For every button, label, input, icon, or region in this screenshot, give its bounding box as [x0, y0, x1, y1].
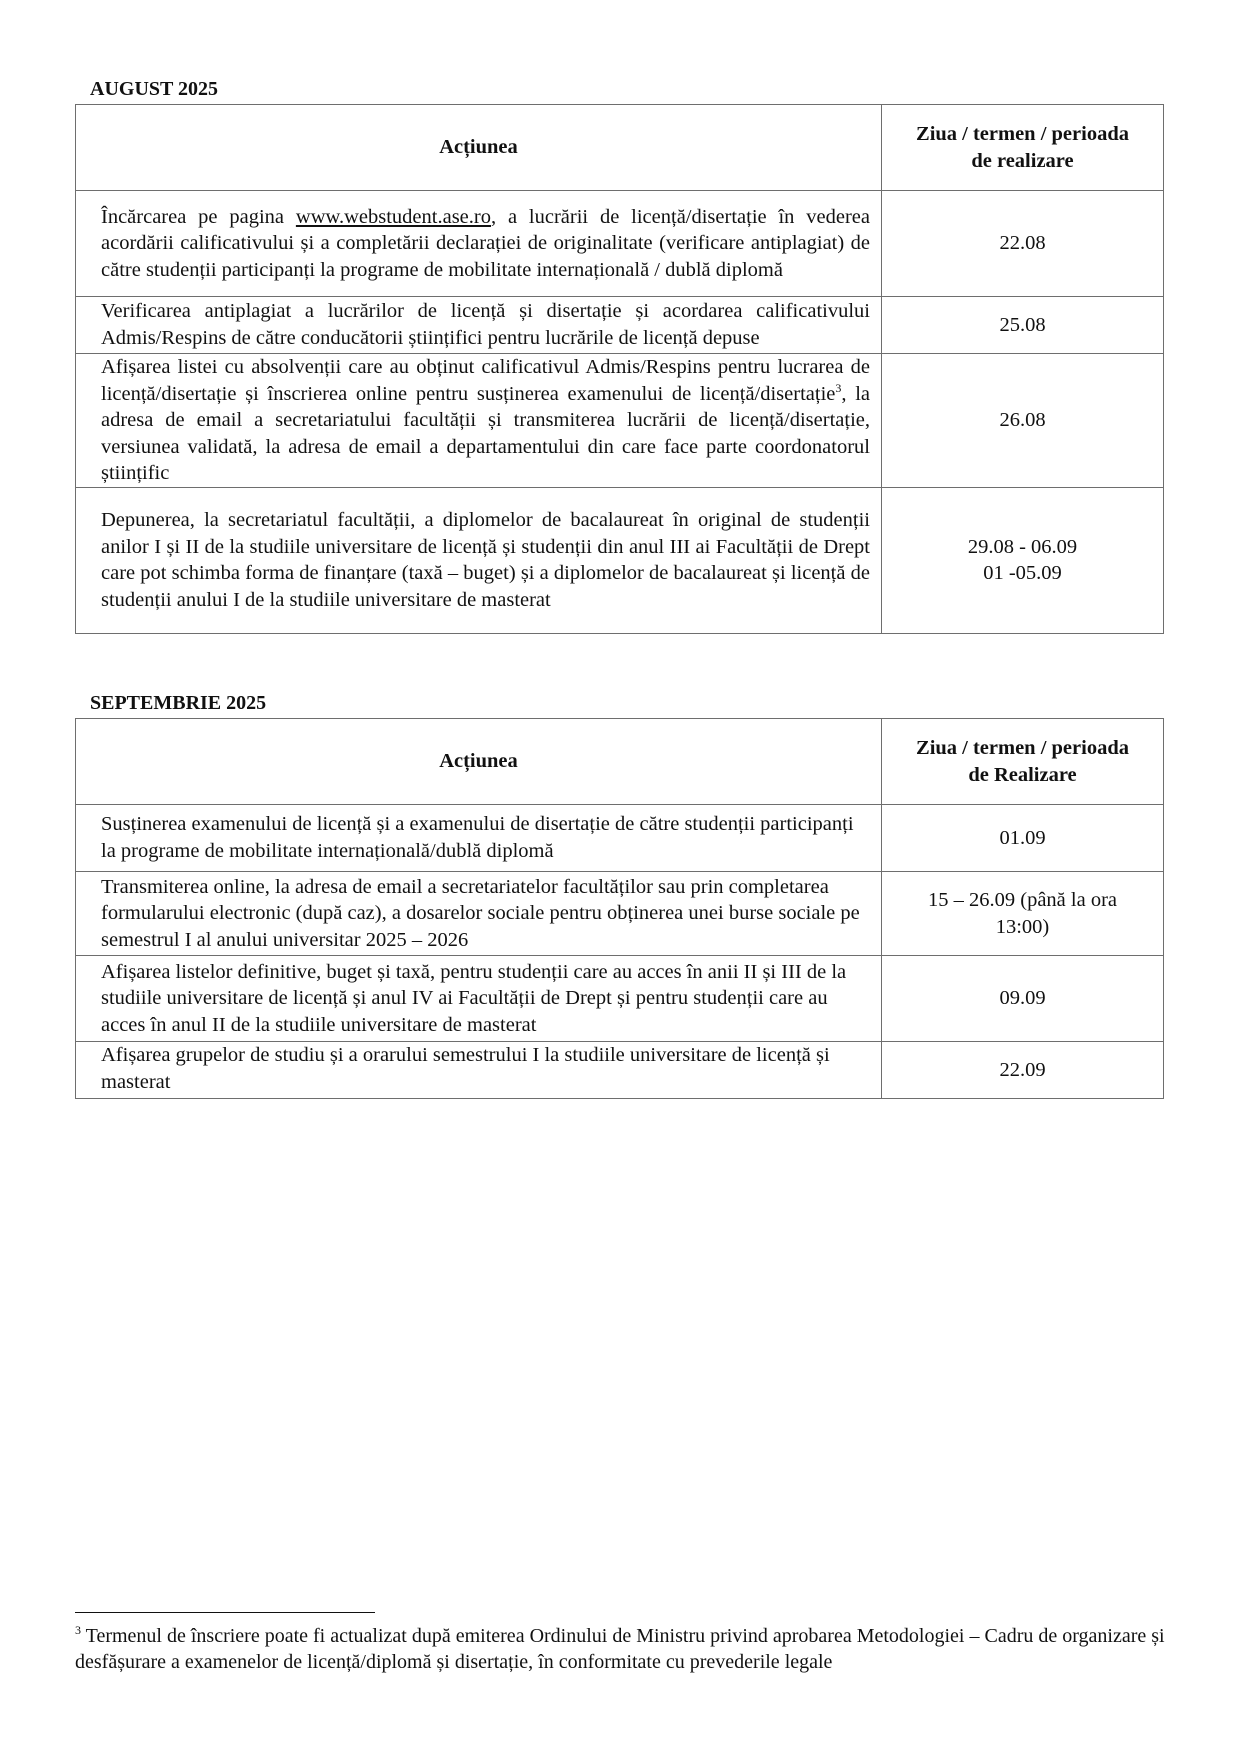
date-cell: 09.09 — [882, 956, 1164, 1042]
august-table: Acțiunea Ziua / termen / perioada de rea… — [75, 104, 1164, 634]
footnote-separator — [75, 1612, 375, 1613]
column-header-date: Ziua / termen / perioada de Realizare — [882, 719, 1164, 805]
action-cell: Depunerea, la secretariatul facultății, … — [76, 487, 882, 633]
action-cell: Transmiterea online, la adresa de email … — [76, 872, 882, 956]
table-row: Susținerea examenului de licență și a ex… — [76, 805, 1164, 872]
footnote: 3 Termenul de înscriere poate fi actuali… — [75, 1623, 1175, 1675]
table-row: Afișarea listei cu absolvenții care au o… — [76, 354, 1164, 488]
action-cell: Verificarea antiplagiat a lucrărilor de … — [76, 297, 882, 354]
column-header-action: Acțiunea — [76, 719, 882, 805]
date-cell: 01.09 — [882, 805, 1164, 872]
action-cell: Afișarea grupelor de studiu și a orarulu… — [76, 1042, 882, 1099]
date-cell: 22.08 — [882, 191, 1164, 297]
table-row: Depunerea, la secretariatul facultății, … — [76, 487, 1164, 633]
date-cell: 26.08 — [882, 354, 1164, 488]
action-cell: Afișarea listelor definitive, buget și t… — [76, 956, 882, 1042]
table-header: Acțiunea Ziua / termen / perioada de rea… — [76, 105, 1164, 191]
table-row: Verificarea antiplagiat a lucrărilor de … — [76, 297, 1164, 354]
table-row: Transmiterea online, la adresa de email … — [76, 872, 1164, 956]
date-cell: 25.08 — [882, 297, 1164, 354]
date-cell: 29.08 - 06.09 01 -05.09 — [882, 487, 1164, 633]
section-title-septembrie: SEPTEMBRIE 2025 — [90, 692, 266, 714]
septembrie-table: Acțiunea Ziua / termen / perioada de Rea… — [75, 718, 1164, 1099]
webstudent-link[interactable]: www.webstudent.ase.ro — [296, 206, 491, 228]
section-title-august: AUGUST 2025 — [90, 78, 218, 100]
column-header-action: Acțiunea — [76, 105, 882, 191]
table-row: Afișarea listelor definitive, buget și t… — [76, 956, 1164, 1042]
action-cell: Încărcarea pe pagina www.webstudent.ase.… — [76, 191, 882, 297]
date-cell: 15 – 26.09 (până la ora 13:00) — [882, 872, 1164, 956]
table-row: Afișarea grupelor de studiu și a orarulu… — [76, 1042, 1164, 1099]
table-row: Încărcarea pe pagina www.webstudent.ase.… — [76, 191, 1164, 297]
column-header-date: Ziua / termen / perioada de realizare — [882, 105, 1164, 191]
action-cell: Susținerea examenului de licență și a ex… — [76, 805, 882, 872]
table-header: Acțiunea Ziua / termen / perioada de Rea… — [76, 719, 1164, 805]
date-cell: 22.09 — [882, 1042, 1164, 1099]
footnote-text: Termenul de înscriere poate fi actualiza… — [75, 1625, 1165, 1673]
action-cell: Afișarea listei cu absolvenții care au o… — [76, 354, 882, 488]
